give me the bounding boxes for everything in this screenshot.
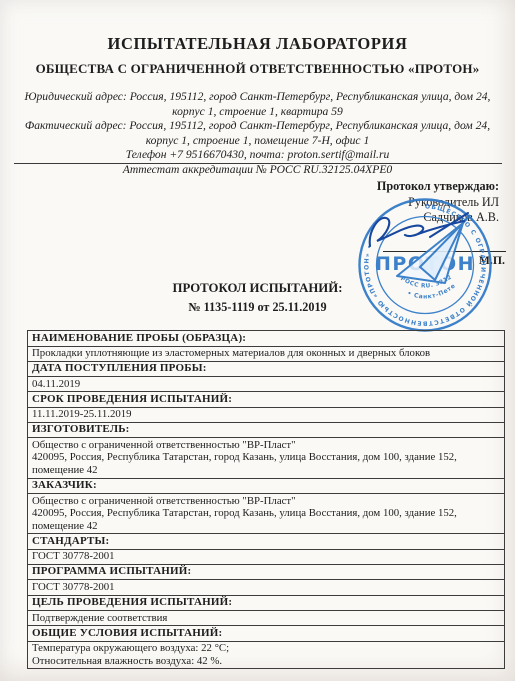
table-row-label: ПРОГРАММА ИСПЫТАНИЙ: [28,564,505,580]
phone-email-line: Телефон +7 9516670430, почта: proton.ser… [0,148,515,163]
field-value-cell: Температура окружающего воздуха: 22 °С;О… [28,641,505,669]
protocol-number: № 1135-1119 от 25.11.2019 [0,300,515,315]
field-label-cell: ДАТА ПОСТУПЛЕНИЯ ПРОБЫ: [28,361,505,377]
field-value-cell: Прокладки уплотняющие из эластомерных ма… [28,346,505,361]
field-value-cell: Общество с ограниченной ответственностью… [28,494,505,534]
table-row-label: ДАТА ПОСТУПЛЕНИЯ ПРОБЫ: [28,361,505,377]
legal-address-line: Юридический адрес: Россия, 195112, город… [0,90,515,105]
accreditation-line: Аттестат аккредитации № РОСС RU.32125.04… [0,163,515,178]
actual-address-line: корпус 1, строение 1, помещение 7-Н, офи… [0,134,515,149]
document-header: ИСПЫТАТЕЛЬНАЯ ЛАБОРАТОРИЯ ОБЩЕСТВА С ОГР… [0,34,515,178]
field-label-cell: СТАНДАРТЫ: [28,534,505,550]
table-row-value: Общество с ограниченной ответственностью… [28,438,505,478]
field-label-cell: ОБЩИЕ УСЛОВИЯ ИСПЫТАНИЙ: [28,626,505,642]
field-value-cell: ГОСТ 30778-2001 [28,580,505,595]
field-value-cell: ГОСТ 30778-2001 [28,549,505,564]
table-row-value: 11.11.2019-25.11.2019 [28,407,505,422]
field-label-cell: ИЗГОТОВИТЕЛЬ: [28,422,505,438]
lab-subtitle: ОБЩЕСТВА С ОГРАНИЧЕННОЙ ОТВЕТСТВЕННОСТЬЮ… [0,61,515,77]
table-row-value: Подтверждение соответствия [28,611,505,626]
lab-address-block: Юридический адрес: Россия, 195112, город… [0,90,515,178]
field-label-cell: НАИМЕНОВАНИЕ ПРОБЫ (ОБРАЗЦА): [28,331,505,347]
table-row-label: ОБЩИЕ УСЛОВИЯ ИСПЫТАНИЙ: [28,626,505,642]
table-row-label: ИЗГОТОВИТЕЛЬ: [28,422,505,438]
table-row-label: СТАНДАРТЫ: [28,534,505,550]
table-row-value: Температура окружающего воздуха: 22 °С;О… [28,641,505,669]
table-row-value: Прокладки уплотняющие из эластомерных ма… [28,346,505,361]
approve-label: Протокол утверждаю: [377,179,499,195]
signature-icon [360,206,478,260]
table-row-value: 04.11.2019 [28,377,505,392]
table-row-value: ГОСТ 30778-2001 [28,549,505,564]
lab-title: ИСПЫТАТЕЛЬНАЯ ЛАБОРАТОРИЯ [0,34,515,54]
table-row-label: ЦЕЛЬ ПРОВЕДЕНИЯ ИСПЫТАНИЙ: [28,595,505,611]
field-label-cell: ЦЕЛЬ ПРОВЕДЕНИЯ ИСПЫТАНИЙ: [28,595,505,611]
field-label-cell: СРОК ПРОВЕДЕНИЯ ИСПЫТАНИЙ: [28,392,505,408]
header-divider [14,163,502,164]
table-row-label: ЗАКАЗЧИК: [28,478,505,494]
table-row-label: НАИМЕНОВАНИЕ ПРОБЫ (ОБРАЗЦА): [28,331,505,347]
protocol-table-body: НАИМЕНОВАНИЕ ПРОБЫ (ОБРАЗЦА):Прокладки у… [28,331,505,669]
protocol-title: ПРОТОКОЛ ИСПЫТАНИЙ: [0,281,515,296]
protocol-table: НАИМЕНОВАНИЕ ПРОБЫ (ОБРАЗЦА):Прокладки у… [27,330,505,669]
legal-address-line: корпус 1, строение 1, квартира 59 [0,105,515,120]
field-value-cell: 04.11.2019 [28,377,505,392]
table-row-label: СРОК ПРОВЕДЕНИЯ ИСПЫТАНИЙ: [28,392,505,408]
field-value-cell: 11.11.2019-25.11.2019 [28,407,505,422]
scanned-document-page: ИСПЫТАТЕЛЬНАЯ ЛАБОРАТОРИЯ ОБЩЕСТВА С ОГР… [0,0,515,681]
field-label-cell: ЗАКАЗЧИК: [28,478,505,494]
actual-address-line: Фактический адрес: Россия, 195112, город… [0,119,515,134]
field-value-cell: Подтверждение соответствия [28,611,505,626]
field-label-cell: ПРОГРАММА ИСПЫТАНИЙ: [28,564,505,580]
field-value-cell: Общество с ограниченной ответственностью… [28,438,505,478]
table-row-value: ГОСТ 30778-2001 [28,580,505,595]
table-row-value: Общество с ограниченной ответственностью… [28,494,505,534]
protocol-title-block: ПРОТОКОЛ ИСПЫТАНИЙ: № 1135-1119 от 25.11… [0,281,515,315]
